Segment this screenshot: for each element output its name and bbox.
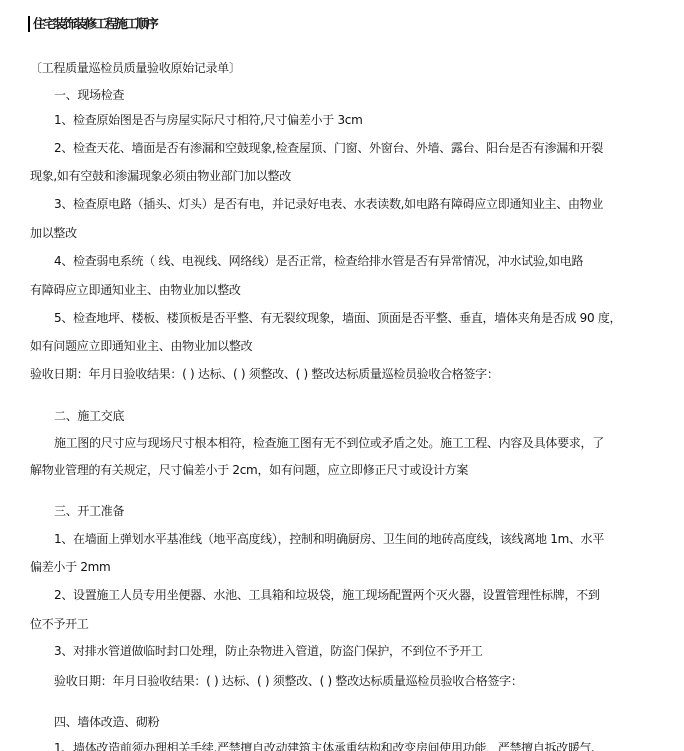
paragraph-line: 2、检查天花、墙面是否有渗漏和空鼓现象,检查屋顶、门窗、外窗台、外墙、露台、阳台… <box>54 140 603 156</box>
paragraph-line: 4、检查弱电系统（ 线、电视线、网络线）是否正常，检查给排水管是否有异常情况，冲… <box>54 253 583 269</box>
document-title: 住宅装饰装修工程施工顺序 <box>28 16 157 32</box>
section-heading: 二、施工交底 <box>54 408 124 424</box>
acceptance-line: 验收日期：年月日验收结果：( ) 达标、( ) 须整改、( ) 整改达标质量巡检… <box>30 366 499 382</box>
paragraph-line: 有障碍应立即通知业主、由物业加以整改 <box>30 282 241 298</box>
document-page: 住宅装饰装修工程施工顺序 〔工程质量巡检员质量验收原始记录单〕 一、现场检查 1… <box>0 0 684 751</box>
section-heading: 三、开工准备 <box>54 503 124 519</box>
paragraph-line: 1、检查原始图是否与房屋实际尺寸相符,尺寸偏差小于 3cm <box>54 112 363 128</box>
paragraph-line: 位不予开工 <box>30 616 89 632</box>
paragraph-line: 3、检查原电路（插头、灯头）是否有电，并记录好电表、水表读数,如电路有障碍应立即… <box>54 196 603 212</box>
section-heading: 四、墙体改造、砌粉 <box>54 714 159 730</box>
paragraph-line: 现象,如有空鼓和渗漏现象必须由物业部门加以整改 <box>30 168 291 184</box>
paragraph-line: 偏差小于 2mm <box>30 559 110 575</box>
paragraph-line: 5、检查地坪、楼板、楼顶板是否平整、有无裂纹现象，墙面、顶面是否平整、垂直，墙体… <box>54 310 621 326</box>
paragraph-line: 3、对排水管道做临时封口处理，防止杂物进入管道，防盗门保护，不到位不予开工 <box>54 643 483 659</box>
acceptance-line: 验收日期：年月日验收结果：( ) 达标、( ) 须整改、( ) 整改达标质量巡检… <box>54 673 523 689</box>
document-subtitle: 〔工程质量巡检员质量验收原始记录单〕 <box>30 60 241 76</box>
paragraph-line: 2、设置施工人员专用坐便器、水池、工具箱和垃圾袋，施工现场配置两个灭火器，设置管… <box>54 587 600 603</box>
section-heading: 一、现场检查 <box>54 87 124 103</box>
paragraph-line: 解物业管理的有关规定，尺寸偏差小于 2cm，如有问题，应立即修正尺寸或设计方案 <box>30 462 468 478</box>
paragraph-line: 加以整改 <box>30 225 77 241</box>
paragraph-line: 1、墙体改造前须办理相关手续,严禁擅自改动建筑主体承重结构和改变房间使用功能，严… <box>54 740 603 751</box>
paragraph-line: 施工图的尺寸应与现场尺寸根本相符，检查施工图有无不到位或矛盾之处。施工工程、内容… <box>54 435 604 451</box>
paragraph-line: 1、在墙面上弹划水平基准线（地平高度线），控制和明确厨房、卫生间的地砖高度线，该… <box>54 531 604 547</box>
paragraph-line: 如有问题应立即通知业主、由物业加以整改 <box>30 338 252 354</box>
